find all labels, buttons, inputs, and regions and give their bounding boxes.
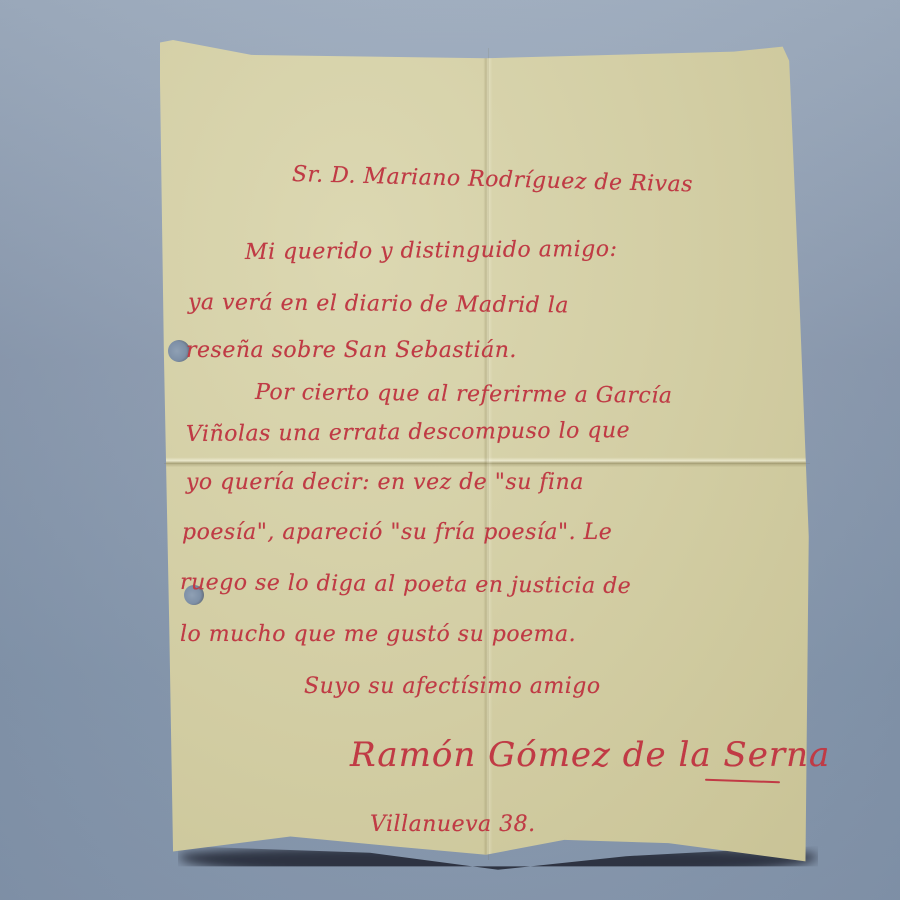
body-line-7: ruego se lo diga al poeta en justicia de bbox=[180, 570, 631, 599]
body-line-8: lo mucho que me gustó su poema. bbox=[180, 622, 576, 647]
body-line-1: ya verá en el diario de Madrid la bbox=[188, 290, 569, 318]
body-line-5: yo quería decir: en vez de "su fina bbox=[186, 470, 584, 495]
greeting-line: Mi querido y distinguido amigo: bbox=[245, 237, 618, 265]
body-line-3: Por cierto que al referirme a García bbox=[255, 380, 673, 409]
body-line-2: reseña sobre San Sebastián. bbox=[186, 338, 517, 363]
signature: Ramón Gómez de la Serna bbox=[350, 735, 830, 775]
closing-line: Suyo su afectísimo amigo bbox=[304, 674, 601, 699]
horizontal-fold bbox=[164, 463, 810, 464]
body-line-4: Viñolas una errata descompuso lo que bbox=[186, 418, 630, 447]
body-line-6: poesía", apareció "su fría poesía". Le bbox=[182, 520, 612, 545]
address-line: Villanueva 38. bbox=[370, 812, 536, 837]
